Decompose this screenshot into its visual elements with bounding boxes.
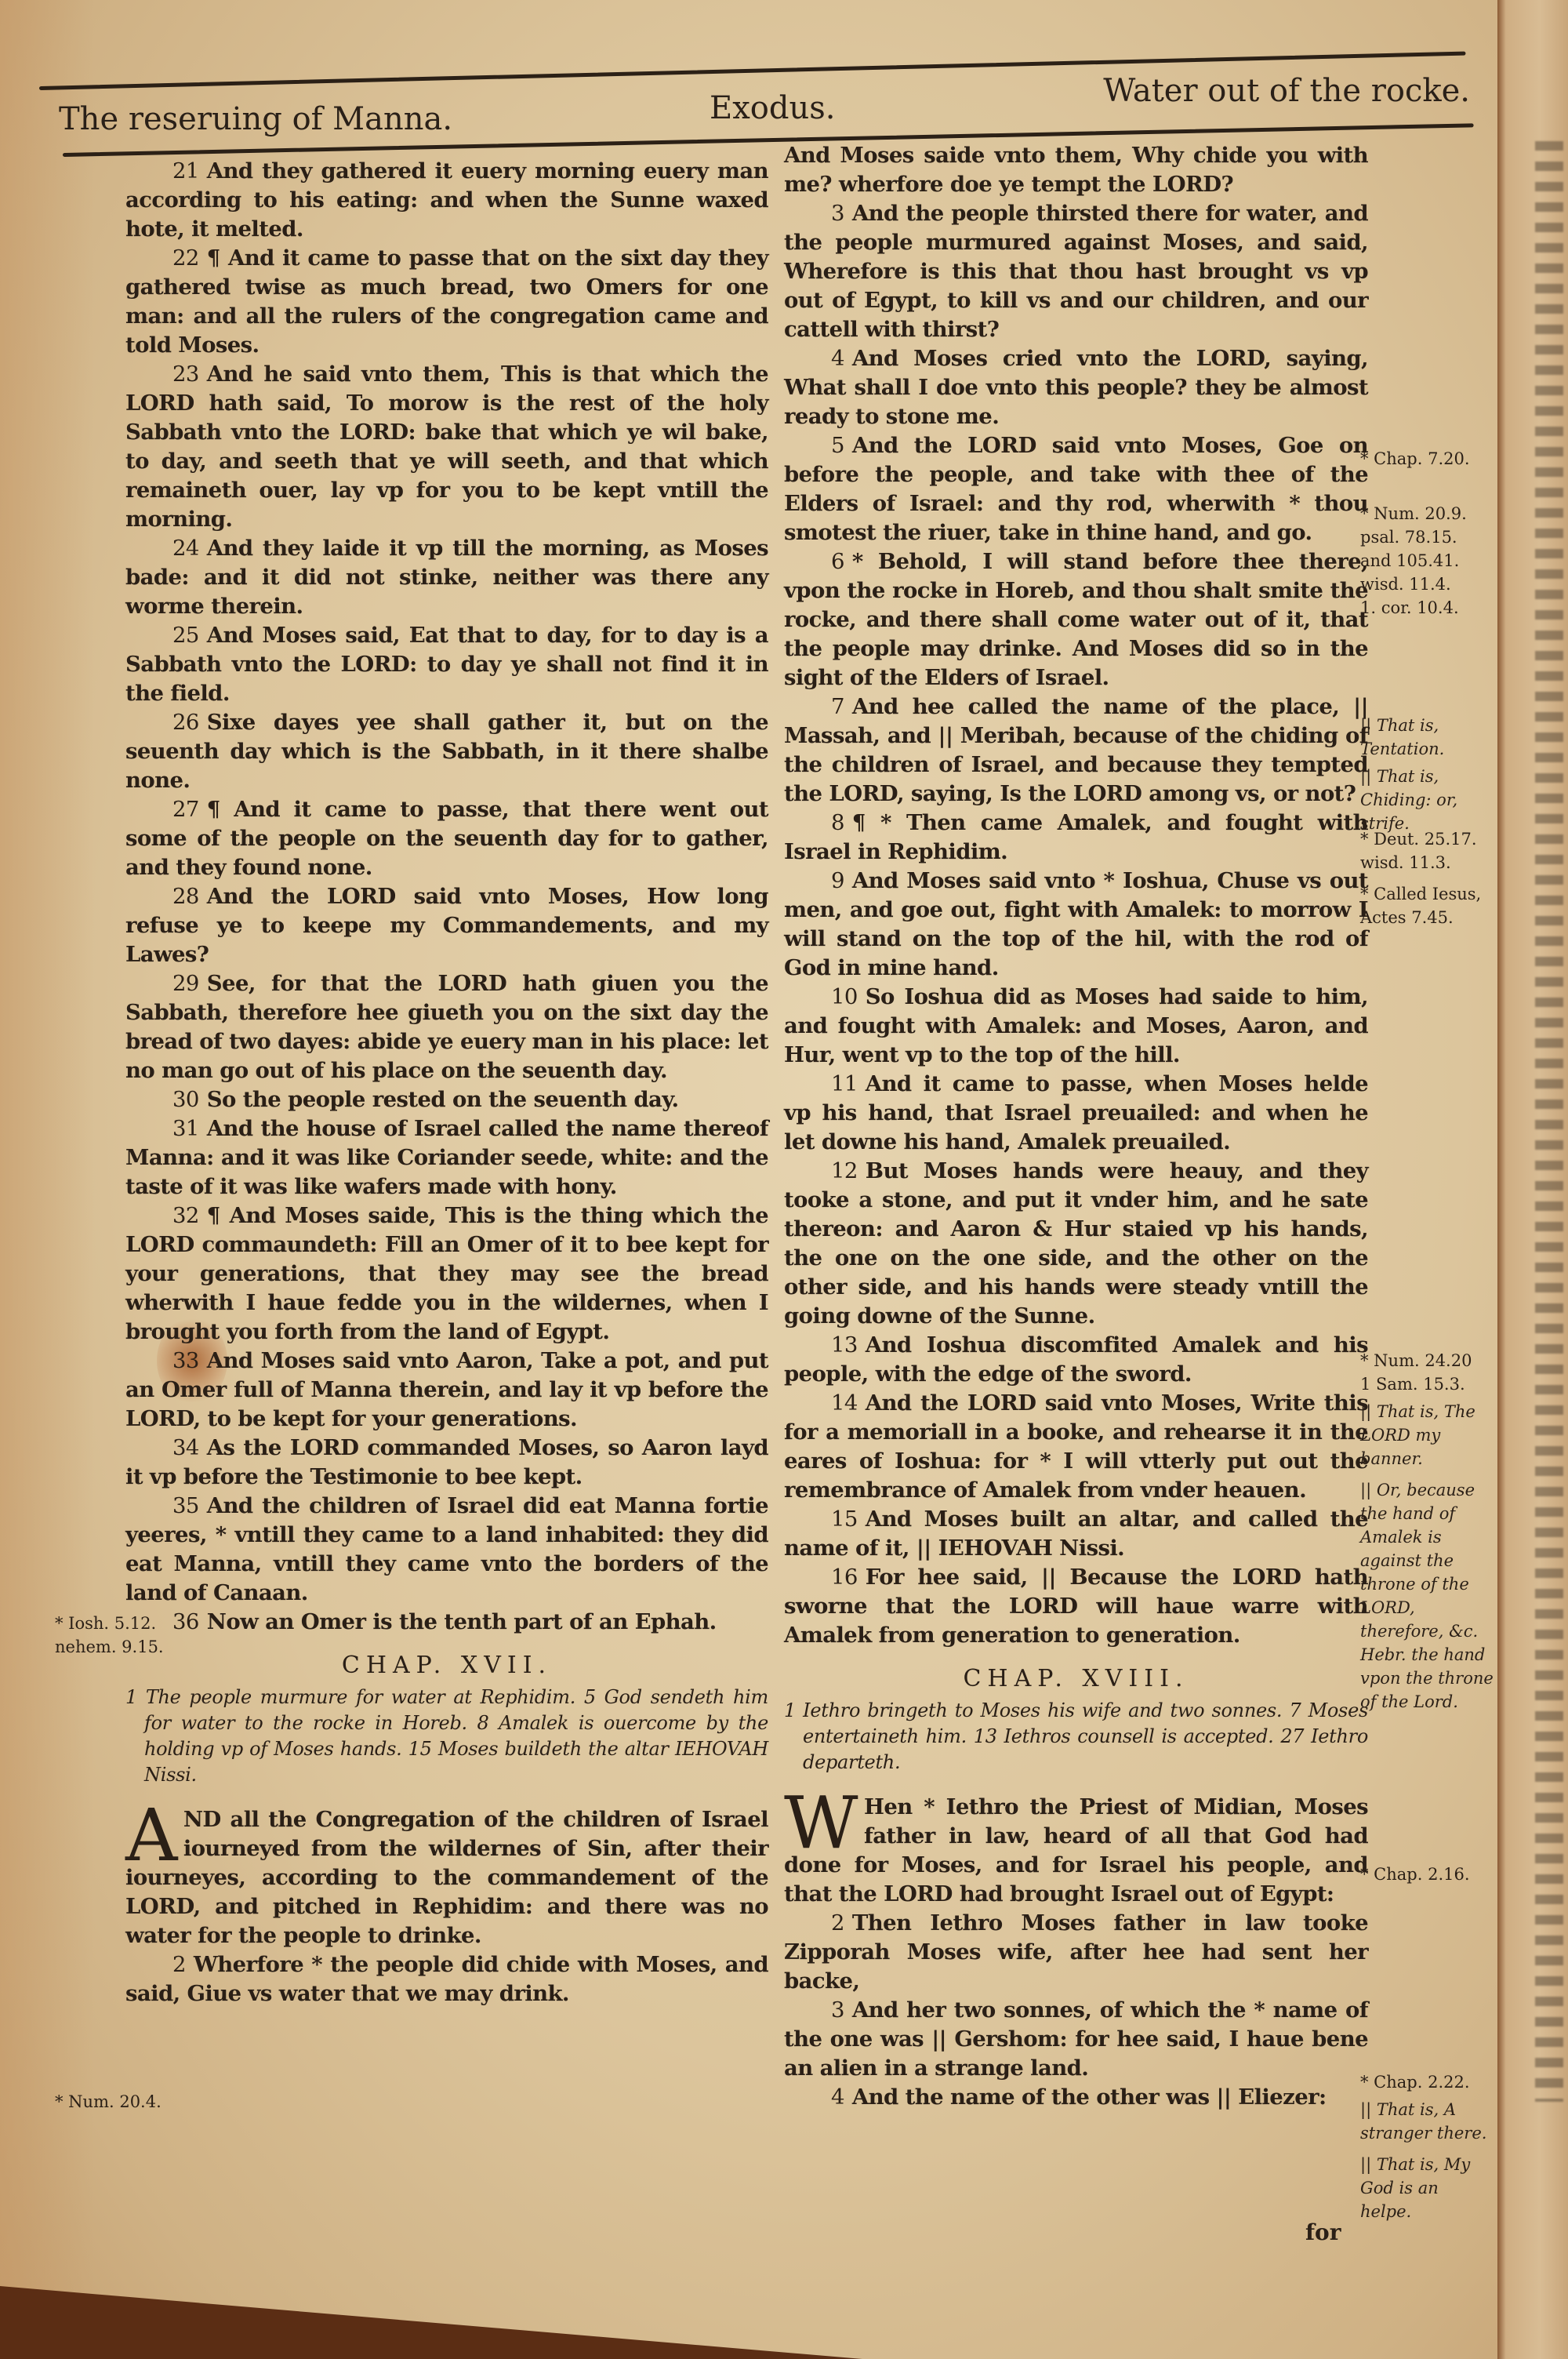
verse-text: And hee called the name of the place, ||… xyxy=(784,694,1368,806)
margin-note: || That is, Tentation. xyxy=(1360,714,1494,761)
verse-4: 4And Moses cried vnto the LORD, saying, … xyxy=(784,344,1368,431)
verse-number: 4 xyxy=(831,346,844,371)
verse-4: 4And the name of the other was || Elieze… xyxy=(784,2083,1368,2112)
verse-number: 23 xyxy=(172,362,199,387)
verse-27: 27¶ And it came to passe, that there wen… xyxy=(125,795,768,882)
verse-text: And Moses said vnto Aaron, Take a pot, a… xyxy=(125,1348,768,1431)
verse-text: And Moses built an altar, and called the… xyxy=(784,1507,1368,1561)
verse-16: 16For hee said, || Because the LORD hath… xyxy=(784,1563,1368,1650)
verse-text: For hee said, || Because the LORD hath s… xyxy=(784,1565,1368,1648)
verse-number: 32 xyxy=(172,1203,199,1228)
verse-3: 3And her two sonnes, of which the * name… xyxy=(784,1996,1368,2083)
margin-note: * Chap. 7.20. xyxy=(1360,447,1494,471)
verse-number: 28 xyxy=(172,884,199,909)
right-verse-list: 3And the people thirsted there for water… xyxy=(784,199,1368,1650)
verse-7: 7And hee called the name of the place, |… xyxy=(784,692,1368,809)
verse-number: 16 xyxy=(831,1565,858,1590)
chapter-17-opening: AND all the Congregation of the children… xyxy=(125,1805,768,1950)
verse-text: Wherfore * the people did chide with Mos… xyxy=(125,1952,768,2006)
verse-text: And the LORD said vnto Moses, How long r… xyxy=(125,884,768,967)
verse-text: And the LORD said vnto Moses, Write this… xyxy=(784,1390,1368,1503)
verse-24: 24And they laide it vp till the morning,… xyxy=(125,534,768,621)
margin-note: * Called Iesus, Actes 7.45. xyxy=(1360,882,1494,929)
verse-33: 33And Moses said vnto Aaron, Take a pot,… xyxy=(125,1347,768,1434)
verse-9: 9And Moses said vnto * Ioshua, Chuse vs … xyxy=(784,867,1368,983)
margin-note: || That is, The LORD my banner. xyxy=(1360,1400,1494,1470)
verse-text: See, for that the LORD hath giuen you th… xyxy=(125,971,768,1083)
verse-number: 24 xyxy=(172,536,199,561)
verse-2-continued: And Moses saide vnto them, Why chide you… xyxy=(784,141,1368,199)
verse-number: 14 xyxy=(831,1390,858,1416)
verse-text: Now an Omer is the tenth part of an Epha… xyxy=(207,1609,717,1634)
verse-text: And the house of Israel called the name … xyxy=(125,1116,768,1199)
verse-number: 2 xyxy=(831,1910,844,1936)
verse-number: 33 xyxy=(172,1348,199,1373)
verse-number: 26 xyxy=(172,710,199,735)
verse-number: 34 xyxy=(172,1435,199,1460)
verse-text: And Ioshua discomfited Amalek and his pe… xyxy=(784,1332,1368,1387)
verse-number: 2 xyxy=(172,1952,186,1977)
verse-text: * Behold, I will stand before thee there… xyxy=(784,549,1368,690)
opening-text: Hen * Iethro the Priest of Midian, Moses… xyxy=(784,1794,1368,1906)
verse-number: 12 xyxy=(831,1158,858,1183)
verse-text: And the LORD said vnto Moses, Goe on bef… xyxy=(784,433,1368,545)
verse-text: And they laide it vp till the morning, a… xyxy=(125,536,768,619)
verse-6: 6* Behold, I will stand before thee ther… xyxy=(784,547,1368,692)
running-head-book-title: Exodus. xyxy=(710,90,835,126)
verse-number: 27 xyxy=(172,797,199,822)
chapter-18-opening: WHen * Iethro the Priest of Midian, Mose… xyxy=(784,1793,1368,1909)
margin-note: * Chap. 2.22. xyxy=(1360,2070,1494,2094)
verse-21: 21And they gathered it euery morning eue… xyxy=(125,157,768,244)
chapter-18-verse-list: 2Then Iethro Moses father in law tooke Z… xyxy=(784,1909,1368,2112)
verse-11: 11And it came to passe, when Moses helde… xyxy=(784,1070,1368,1157)
verse-26: 26Sixe dayes yee shall gather it, but on… xyxy=(125,708,768,795)
verse-34: 34As the LORD commanded Moses, so Aaron … xyxy=(125,1434,768,1492)
verse-text: Sixe dayes yee shall gather it, but on t… xyxy=(125,710,768,793)
verse-35: 35And the children of Israel did eat Man… xyxy=(125,1492,768,1608)
right-column: And Moses saide vnto them, Why chide you… xyxy=(784,141,1368,2112)
verse-2: 2Wherfore * the people did chide with Mo… xyxy=(125,1950,768,2008)
facing-page-edge xyxy=(1497,0,1568,2359)
book-page: The reseruing of Manna. Exodus. Water ou… xyxy=(0,0,1497,2359)
verse-number: 9 xyxy=(831,868,844,893)
verse-text: As the LORD commanded Moses, so Aaron la… xyxy=(125,1435,768,1489)
verse-number: 8 xyxy=(831,810,844,835)
verse-text: And Moses said vnto * Ioshua, Chuse vs o… xyxy=(784,868,1368,980)
verse-number: 10 xyxy=(831,984,858,1009)
verse-text: And her two sonnes, of which the * name … xyxy=(784,1997,1368,2081)
facing-page-text xyxy=(1535,141,1563,2102)
left-verse-list: 21And they gathered it euery morning eue… xyxy=(125,157,768,1637)
verse-15: 15And Moses built an altar, and called t… xyxy=(784,1505,1368,1563)
verse-2: 2Then Iethro Moses father in law tooke Z… xyxy=(784,1909,1368,1996)
verse-number: 29 xyxy=(172,971,199,996)
verse-text: And Moses cried vnto the LORD, saying, W… xyxy=(784,346,1368,429)
verse-13: 13And Ioshua discomfited Amalek and his … xyxy=(784,1331,1368,1389)
verse-number: 13 xyxy=(831,1332,858,1358)
chapter-heading-17: CHAP. XVII. xyxy=(125,1651,768,1680)
margin-note: || Or, because the hand of Amalek is aga… xyxy=(1360,1478,1494,1714)
verse-29: 29See, for that the LORD hath giuen you … xyxy=(125,969,768,1085)
verse-22: 22¶ And it came to passe that on the six… xyxy=(125,244,768,360)
verse-30: 30So the people rested on the seuenth da… xyxy=(125,1085,768,1114)
margin-note: * Num. 20.9. psal. 78.15. and 105.41. wi… xyxy=(1360,502,1494,620)
margin-note: * Deut. 25.17. wisd. 11.3. xyxy=(1360,827,1494,874)
catchword: for xyxy=(1305,2219,1341,2245)
verse-12: 12But Moses hands were heauy, and they t… xyxy=(784,1157,1368,1331)
verse-text: And he said vnto them, This is that whic… xyxy=(125,362,768,532)
verse-number: 11 xyxy=(831,1071,858,1096)
verse-25: 25And Moses said, Eat that to day, for t… xyxy=(125,621,768,708)
verse-28: 28And the LORD said vnto Moses, How long… xyxy=(125,882,768,969)
verse-text: And they gathered it euery morning euery… xyxy=(125,158,768,242)
margin-note: || That is, A stranger there. xyxy=(1360,2098,1494,2145)
verse-3: 3And the people thirsted there for water… xyxy=(784,199,1368,344)
verse-number: 21 xyxy=(172,158,199,184)
drop-cap-a: A xyxy=(125,1808,177,1863)
verse-number: 3 xyxy=(831,201,844,226)
margin-note: * Chap. 2.16. xyxy=(1360,1863,1494,1886)
margin-note: * Num. 20.4. xyxy=(55,2090,188,2114)
chapter-summary-17: 1 The people murmure for water at Rephid… xyxy=(125,1685,768,1788)
running-head-right: Water out of the rocke. xyxy=(1103,73,1470,109)
drop-cap-w: W xyxy=(784,1796,858,1851)
verse-number: 35 xyxy=(172,1493,199,1518)
running-head: The reseruing of Manna. Exodus. Water ou… xyxy=(59,90,1470,145)
verse-14: 14And the LORD said vnto Moses, Write th… xyxy=(784,1389,1368,1505)
verse-number: 30 xyxy=(172,1087,199,1112)
verse-text: And Moses said, Eat that to day, for to … xyxy=(125,623,768,706)
verse-31: 31And the house of Israel called the nam… xyxy=(125,1114,768,1201)
left-column: 21And they gathered it euery morning eue… xyxy=(125,157,768,2008)
verse-36: 36Now an Omer is the tenth part of an Ep… xyxy=(125,1608,768,1637)
opening-text: ND all the Congregation of the children … xyxy=(125,1807,768,1948)
verse-text: And it came to passe, when Moses helde v… xyxy=(784,1071,1368,1154)
verse-10: 10So Ioshua did as Moses had saide to hi… xyxy=(784,983,1368,1070)
verse-8: 8¶ * Then came Amalek, and fought with I… xyxy=(784,809,1368,867)
verse-number: 3 xyxy=(831,1997,844,2023)
margin-note: || That is, My God is an helpe. xyxy=(1360,2153,1494,2223)
verse-text: So the people rested on the seuenth day. xyxy=(207,1087,679,1112)
verse-text: And the people thirsted there for water,… xyxy=(784,201,1368,342)
margin-note: || That is, Chiding: or, strife. xyxy=(1360,765,1494,835)
verse-text: ¶ And it came to passe, that there went … xyxy=(125,797,768,880)
verse-5: 5And the LORD said vnto Moses, Goe on be… xyxy=(784,431,1368,547)
verse-number: 4 xyxy=(831,2085,844,2110)
verse-number: 22 xyxy=(172,245,199,271)
verse-text: But Moses hands were heauy, and they too… xyxy=(784,1158,1368,1329)
verse-number: 15 xyxy=(831,1507,858,1532)
verse-text: ¶ And Moses saide, This is the thing whi… xyxy=(125,1203,768,1344)
verse-number: 6 xyxy=(831,549,844,574)
verse-text: ¶ And it came to passe that on the sixt … xyxy=(125,245,768,358)
verse-23: 23And he said vnto them, This is that wh… xyxy=(125,360,768,534)
verse-number: 5 xyxy=(831,433,844,458)
chapter-summary-18: 1 Iethro bringeth to Moses his wife and … xyxy=(784,1698,1368,1776)
verse-text: And the children of Israel did eat Manna… xyxy=(125,1493,768,1605)
verse-text: So Ioshua did as Moses had saide to him,… xyxy=(784,984,1368,1067)
chapter-heading-18: CHAP. XVIII. xyxy=(784,1664,1368,1693)
verse-number: 31 xyxy=(172,1116,199,1141)
margin-note: * Iosh. 5.12. nehem. 9.15. xyxy=(55,1612,188,1659)
verse-number: 25 xyxy=(172,623,199,648)
verse-text: ¶ * Then came Amalek, and fought with Is… xyxy=(784,810,1368,864)
verse-text: Then Iethro Moses father in law tooke Zi… xyxy=(784,1910,1368,1994)
verse-32: 32¶ And Moses saide, This is the thing w… xyxy=(125,1201,768,1347)
running-head-left: The reseruing of Manna. xyxy=(59,101,452,137)
margin-note: * Num. 24.20 1 Sam. 15.3. xyxy=(1360,1349,1494,1396)
verse-text: And the name of the other was || Eliezer… xyxy=(852,2085,1327,2110)
verse-number: 7 xyxy=(831,694,844,719)
